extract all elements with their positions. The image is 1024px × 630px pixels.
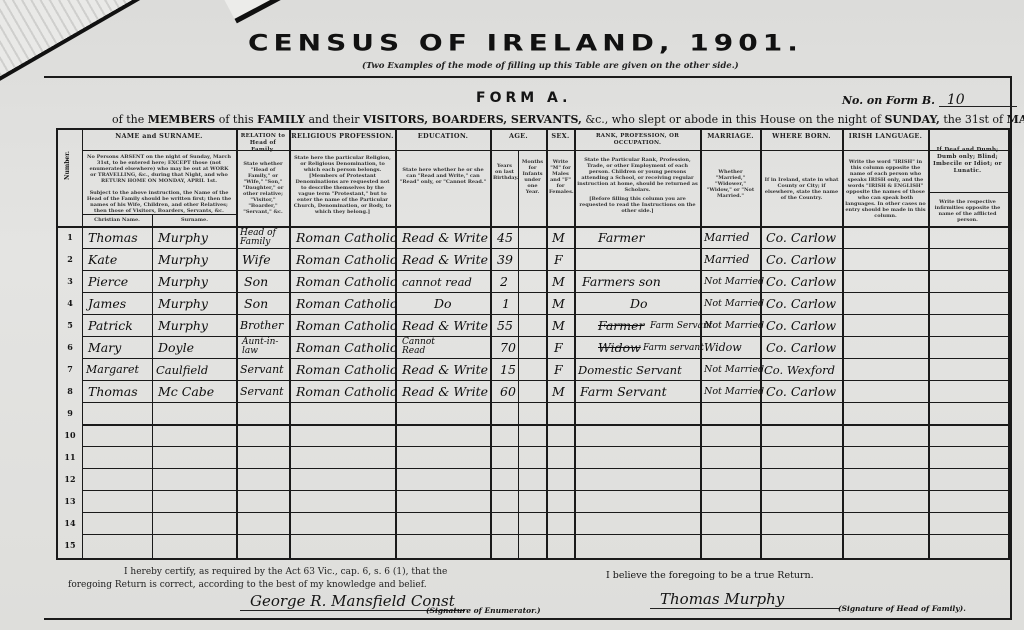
row-divider bbox=[82, 336, 1008, 337]
age-months-header: Months for Infants under one Year. bbox=[519, 156, 546, 224]
sex-cell: F bbox=[554, 339, 563, 357]
relation-cell: Aunt-in-law bbox=[242, 338, 286, 356]
education-cell: Read & Write bbox=[402, 251, 488, 269]
header-bottom bbox=[58, 226, 1008, 228]
row-number: 1 bbox=[58, 232, 82, 242]
christian-name-cell: Thomas bbox=[88, 229, 138, 247]
occupation-cell: Farmer bbox=[598, 229, 644, 247]
surname-cell: Doyle bbox=[158, 339, 194, 357]
row-divider bbox=[82, 512, 1008, 513]
statement-text: FAMILY bbox=[257, 113, 305, 126]
surname-cell: Murphy bbox=[158, 273, 208, 291]
born-cell: Co. Carlow bbox=[766, 251, 836, 269]
statement-text: of the bbox=[112, 113, 144, 126]
age-years-label: Years on last Birthday. bbox=[491, 160, 518, 184]
row-divider bbox=[82, 490, 1008, 491]
head-declaration-text: I believe the foregoing to be a true Ret… bbox=[606, 570, 814, 581]
marriage-cell: Not Married bbox=[704, 295, 764, 313]
marriage-instructions: Whether "Married," "Widower," "Widow," o… bbox=[701, 166, 760, 224]
row-divider bbox=[82, 314, 1008, 315]
age-column-header: AGE. bbox=[491, 130, 546, 140]
christian-name-header: Christian Name. bbox=[82, 216, 152, 224]
row-divider bbox=[82, 446, 1008, 447]
document-title: CENSUS OF IRELAND, 1901. bbox=[248, 30, 803, 56]
statement-text: the 31st of bbox=[943, 113, 1003, 126]
born-cell: Co. Carlow bbox=[766, 317, 836, 335]
education-cell: Read & Write bbox=[402, 229, 488, 247]
marriage-header-title: MARRIAGE. bbox=[701, 130, 760, 140]
born-instructions-text: If in Ireland, state in what County or C… bbox=[761, 174, 842, 204]
surname-cell: Murphy bbox=[158, 295, 208, 313]
marriage-cell: Not Married bbox=[704, 273, 764, 291]
row-divider bbox=[82, 424, 1008, 426]
sex-instructions-text: Write "M" for Males and "F" for Females. bbox=[547, 156, 574, 198]
occupation-instructions-1: State the Particular Rank, Profession, T… bbox=[575, 154, 700, 196]
marriage-cell: Married bbox=[704, 251, 749, 269]
relation-cell: Servant bbox=[240, 361, 284, 379]
row-number: 12 bbox=[58, 474, 82, 484]
sex-cell: F bbox=[554, 251, 563, 269]
irish-header-title: IRISH LANGUAGE. bbox=[843, 130, 928, 140]
christian-name-cell: Margaret bbox=[86, 361, 139, 379]
header-divider bbox=[82, 214, 236, 215]
row-number: 5 bbox=[58, 320, 82, 330]
irish-column-header: IRISH LANGUAGE. bbox=[843, 130, 928, 140]
christian-name-cell: Thomas bbox=[88, 383, 138, 401]
irish-instructions: Write the word "IRISH" in this column op… bbox=[843, 156, 928, 224]
statement-text: and their bbox=[309, 113, 360, 126]
infirmity-instructions: Write the respective infirmities opposit… bbox=[929, 196, 1006, 224]
marriage-cell: Widow bbox=[704, 339, 742, 357]
occupation-instructions: State the Particular Rank, Profession, T… bbox=[575, 154, 700, 224]
name-instructions-2: Subject to the above instruction, the Na… bbox=[84, 187, 234, 213]
relation-cell: Servant bbox=[240, 383, 284, 401]
surname-cell: Murphy bbox=[158, 251, 208, 269]
irish-instructions-text: Write the word "IRISH" in this column op… bbox=[843, 156, 928, 222]
row-divider bbox=[82, 402, 1008, 403]
surname-cell: Caulfield bbox=[156, 361, 208, 379]
relation-cell: Wife bbox=[242, 251, 271, 269]
christian-name-cell: Kate bbox=[88, 251, 117, 269]
statement-text: MEMBERS bbox=[148, 113, 216, 126]
education-cell: Do bbox=[434, 295, 452, 313]
marriage-cell: Married bbox=[704, 229, 749, 247]
occupation-cell: Farm servant bbox=[643, 344, 704, 353]
education-cell: cannot read bbox=[402, 273, 472, 291]
born-instructions: If in Ireland, state in what County or C… bbox=[761, 174, 842, 224]
age-years-header: Years on last Birthday. bbox=[491, 160, 518, 224]
sex-column-header: SEX. bbox=[547, 130, 574, 140]
born-header-title: WHERE BORN. bbox=[761, 130, 842, 140]
sex-cell: M bbox=[552, 229, 565, 247]
education-column-header: EDUCATION. bbox=[396, 130, 490, 140]
occupation-cell: Domestic Servant bbox=[578, 361, 682, 379]
statement-text: &c., who slept or abode in this House on… bbox=[585, 113, 881, 126]
religion-cell: Roman Catholic bbox=[296, 317, 397, 335]
education-cell: Read & Write bbox=[402, 383, 488, 401]
age-years-cell: 55 bbox=[497, 317, 513, 335]
overlapping-document-fragment-2 bbox=[150, 0, 555, 23]
infirmity-instructions-text: Write the respective infirmities opposit… bbox=[929, 196, 1006, 224]
religion-cell: Roman Catholic bbox=[296, 273, 397, 291]
row-divider bbox=[82, 270, 1008, 271]
row-divider bbox=[82, 468, 1008, 469]
relation-instructions: State whether "Head of Family," or "Wife… bbox=[237, 158, 289, 224]
sex-header-title: SEX. bbox=[547, 130, 574, 140]
education-instructions-text: State here whether he or she can "Read a… bbox=[396, 164, 490, 188]
relation-column-header: RELATION to Head of Family. bbox=[237, 130, 289, 154]
religion-cell: Roman Catholic bbox=[296, 361, 397, 379]
religion-column-header: RELIGIOUS PROFESSION. bbox=[290, 130, 395, 140]
religion-cell: Roman Catholic bbox=[296, 251, 397, 269]
relation-cell: Son bbox=[244, 295, 268, 313]
row-number: 7 bbox=[58, 364, 82, 374]
census-form-page: CENSUS OF IRELAND, 1901. (Two Examples o… bbox=[0, 0, 1024, 630]
statement-text: VISITORS, BOARDERS, SERVANTS, bbox=[363, 113, 582, 126]
form-b-number: 10 bbox=[939, 94, 1017, 107]
row-number: 11 bbox=[58, 452, 82, 462]
infirmity-column-header: If Deaf and Dumb; Dumb only; Blind; Imbe… bbox=[929, 144, 1006, 188]
age-years-cell: 2 bbox=[500, 273, 508, 291]
sex-cell: M bbox=[552, 317, 565, 335]
row-number: 4 bbox=[58, 298, 82, 308]
sex-cell: M bbox=[552, 295, 565, 313]
occupation-instructions-2: [Before filling this column you are requ… bbox=[575, 196, 700, 217]
relation-instructions-text: State whether "Head of Family," or "Wife… bbox=[237, 158, 289, 218]
column-divider bbox=[152, 214, 153, 558]
certification-line-1: I hereby certify, as required by the Act… bbox=[112, 566, 447, 579]
form-b-label: No. on Form B. bbox=[842, 94, 935, 107]
row-number: 8 bbox=[58, 386, 82, 396]
born-cell: Co. Carlow bbox=[766, 229, 836, 247]
occupation-struck-cell: Widow bbox=[598, 339, 641, 357]
education-cell: Read & Write bbox=[402, 317, 488, 335]
surname-cell: Murphy bbox=[158, 317, 208, 335]
age-months-label: Months for Infants under one Year. bbox=[519, 156, 546, 198]
occupation-cell: Farm Servant bbox=[580, 383, 667, 401]
head-signature-label: (Signature of Head of Family). bbox=[838, 604, 966, 613]
age-header-title: AGE. bbox=[491, 130, 546, 140]
name-column-header: NAME and SURNAME. bbox=[82, 130, 236, 140]
row-number: 6 bbox=[58, 342, 82, 352]
born-column-header: WHERE BORN. bbox=[761, 130, 842, 140]
number-column-header: Number. bbox=[64, 151, 71, 180]
age-years-cell: 39 bbox=[497, 251, 513, 269]
row-number: 9 bbox=[58, 408, 82, 418]
row-number: 13 bbox=[58, 496, 82, 506]
row-divider bbox=[82, 380, 1008, 381]
sex-instructions: Write "M" for Males and "F" for Females. bbox=[547, 156, 574, 224]
religion-cell: Roman Catholic bbox=[296, 229, 397, 247]
christian-name-cell: James bbox=[88, 295, 126, 313]
education-instructions: State here whether he or she can "Read a… bbox=[396, 164, 490, 224]
statement-text: of this bbox=[219, 113, 254, 126]
row-number: 3 bbox=[58, 276, 82, 286]
surname-cell: Mc Cabe bbox=[158, 383, 214, 401]
surname-header: Surname. bbox=[153, 216, 236, 224]
column-divider bbox=[928, 130, 930, 558]
occupation-cell: Do bbox=[630, 295, 648, 313]
row-divider bbox=[82, 248, 1008, 249]
religion-header-title: RELIGIOUS PROFESSION. bbox=[290, 130, 395, 140]
row-number: 10 bbox=[58, 430, 82, 440]
education-cell: Read & Write bbox=[402, 361, 488, 379]
marriage-cell: Not Married bbox=[704, 383, 764, 401]
marriage-cell: Not Married bbox=[704, 361, 764, 379]
religion-cell: Roman Catholic bbox=[296, 383, 397, 401]
relation-cell: Head of Family bbox=[240, 229, 286, 247]
row-number: 14 bbox=[58, 518, 82, 528]
age-years-cell: 45 bbox=[497, 229, 513, 247]
row-number: 2 bbox=[58, 254, 82, 264]
sex-cell: F bbox=[554, 361, 563, 379]
sex-cell: M bbox=[552, 383, 565, 401]
age-years-cell: 15 bbox=[500, 361, 516, 379]
marriage-column-header: MARRIAGE. bbox=[701, 130, 760, 140]
religion-cell: Roman Catholic bbox=[296, 339, 397, 357]
head-of-family-signature: Thomas Murphy bbox=[650, 590, 840, 609]
born-cell: Co. Carlow bbox=[766, 273, 836, 291]
form-b-number-field: No. on Form B. 10 bbox=[842, 94, 1017, 107]
document-subtitle: (Two Examples of the mode of filling up … bbox=[362, 61, 739, 71]
christian-name-cell: Mary bbox=[88, 339, 121, 357]
row-divider bbox=[82, 292, 1008, 293]
age-years-cell: 60 bbox=[500, 383, 516, 401]
surname-label: Surname. bbox=[153, 216, 236, 224]
age-years-cell: 1 bbox=[502, 295, 510, 313]
marriage-cell: Not Married bbox=[704, 317, 764, 335]
born-cell: Co. Carlow bbox=[766, 339, 836, 357]
relation-cell: Son bbox=[244, 273, 268, 291]
row-divider bbox=[82, 358, 1008, 359]
relation-header-title: RELATION to Head of Family. bbox=[237, 130, 289, 154]
infirmity-header-title: If Deaf and Dumb; Dumb only; Blind; Imbe… bbox=[929, 144, 1006, 175]
christian-name-cell: Patrick bbox=[88, 317, 133, 335]
header-divider bbox=[929, 192, 1008, 193]
name-header-title: NAME and SURNAME. bbox=[82, 130, 236, 140]
name-instructions-1: No Persons ABSENT on the night of Sunday… bbox=[84, 151, 234, 187]
name-instructions: No Persons ABSENT on the night of Sunday… bbox=[84, 151, 234, 213]
column-divider bbox=[82, 130, 83, 558]
certification-text: I hereby certify, as required by the Act… bbox=[112, 566, 447, 592]
row-divider bbox=[82, 534, 1008, 535]
born-cell: Co. Carlow bbox=[766, 295, 836, 313]
age-years-cell: 70 bbox=[500, 339, 516, 357]
religion-instructions-text: State here the particular Religion, or R… bbox=[290, 152, 395, 218]
occupation-column-header: RANK, PROFESSION, OR OCCUPATION. bbox=[575, 130, 700, 147]
born-cell: Co. Wexford bbox=[764, 361, 835, 379]
christian-name-label: Christian Name. bbox=[82, 216, 152, 224]
religion-instructions: State here the particular Religion, or R… bbox=[290, 152, 395, 224]
religion-cell: Roman Catholic bbox=[296, 295, 397, 313]
relation-cell: Brother bbox=[240, 317, 283, 335]
surname-cell: Murphy bbox=[158, 229, 208, 247]
statement-text: MARCH, bbox=[1007, 113, 1024, 126]
occupation-cell: Farmers son bbox=[582, 273, 661, 291]
form-statement: of the MEMBERS of this FAMILY and their … bbox=[112, 113, 1024, 126]
christian-name-cell: Pierce bbox=[88, 273, 128, 291]
enumerator-signature-label: (Signature of Enumerator.) bbox=[426, 606, 541, 615]
born-cell: Co. Carlow bbox=[766, 383, 836, 401]
marriage-instructions-text: Whether "Married," "Widower," "Widow," o… bbox=[701, 166, 760, 202]
occupation-header-title: RANK, PROFESSION, OR OCCUPATION. bbox=[575, 130, 700, 147]
census-table: Number. NAME and SURNAME. No Persons ABS… bbox=[56, 128, 1010, 560]
certification-line-2: foregoing Return is correct, according t… bbox=[68, 579, 447, 592]
row-number: 15 bbox=[58, 540, 82, 550]
statement-text: SUNDAY, bbox=[884, 113, 939, 126]
sex-cell: M bbox=[552, 273, 565, 291]
education-cell: Cannot Read bbox=[402, 338, 452, 356]
occupation-cell: Farm Servant bbox=[650, 322, 712, 331]
occupation-struck-cell: Farmer bbox=[598, 317, 644, 335]
form-name: FORM A. bbox=[476, 90, 571, 106]
education-header-title: EDUCATION. bbox=[396, 130, 490, 140]
